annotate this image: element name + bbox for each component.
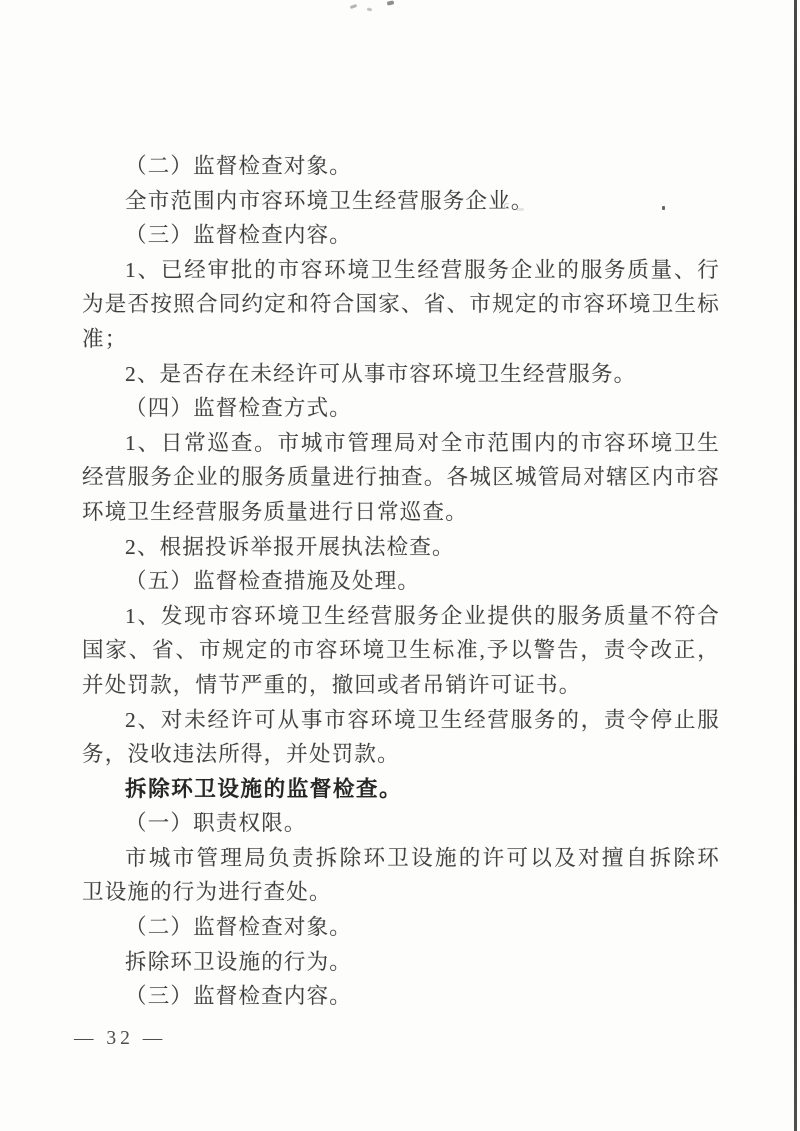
text-line: 卫设施的行为进行查处。 xyxy=(82,875,720,910)
scan-speck xyxy=(350,4,358,9)
text-line: 准； xyxy=(82,322,720,357)
text-line: 并处罚款，情节严重的，撤回或者吊销许可证书。 xyxy=(82,668,720,703)
text-line: （二）监督检查对象。 xyxy=(82,910,720,945)
text-line: 拆除环卫设施的监督检查。 xyxy=(82,772,720,807)
scan-edge-line xyxy=(794,0,797,1131)
text-line: （三）监督检查内容。 xyxy=(82,979,720,1014)
text-line: （四）监督检查方式。 xyxy=(82,391,720,426)
text-line: （二）监督检查对象。 xyxy=(82,149,720,184)
text-line: 为是否按照合同约定和符合国家、省、市规定的市容环境卫生标 xyxy=(82,287,720,322)
text-block: （二）监督检查对象。全市范围内市容环境卫生经营服务企业。（三）监督检查内容。1、… xyxy=(82,149,720,1014)
text-line: 国家、省、市规定的市容环境卫生标准,予以警告，责令改正， xyxy=(82,633,720,668)
text-line: 经营服务企业的服务质量进行抽查。各城区城管局对辖区内市容 xyxy=(82,460,720,495)
text-line: 环境卫生经营服务质量进行日常巡查。 xyxy=(82,495,720,530)
text-line: 拆除环卫设施的行为。 xyxy=(82,945,720,980)
text-line: 1、已经审批的市容环境卫生经营服务企业的服务质量、行 xyxy=(82,253,720,288)
text-line: （一）职责权限。 xyxy=(82,806,720,841)
page-number: — 32 — xyxy=(74,1028,166,1050)
text-line: 市城市管理局负责拆除环卫设施的许可以及对擅自拆除环 xyxy=(82,841,720,876)
text-line: （五）监督检查措施及处理。 xyxy=(82,564,720,599)
text-line: 2、对未经许可从事市容环境卫生经营服务的，责令停止服 xyxy=(82,703,720,738)
text-line: （三）监督检查内容。 xyxy=(82,218,720,253)
text-line: 务，没收违法所得，并处罚款。 xyxy=(82,737,720,772)
scanned-page: （二）监督检查对象。全市范围内市容环境卫生经营服务企业。（三）监督检查内容。1、… xyxy=(0,0,800,1131)
text-line: 2、根据投诉举报开展执法检查。 xyxy=(82,530,720,565)
text-line: 1、日常巡查。市城市管理局对全市范围内的市容环境卫生 xyxy=(82,426,720,461)
scan-speck xyxy=(367,7,373,11)
text-line: 全市范围内市容环境卫生经营服务企业。 xyxy=(82,184,720,219)
text-line: 1、发现市容环境卫生经营服务企业提供的服务质量不符合 xyxy=(82,599,720,634)
text-line: 2、是否存在未经许可从事市容环境卫生经营服务。 xyxy=(82,357,720,392)
scan-speck xyxy=(387,0,395,5)
